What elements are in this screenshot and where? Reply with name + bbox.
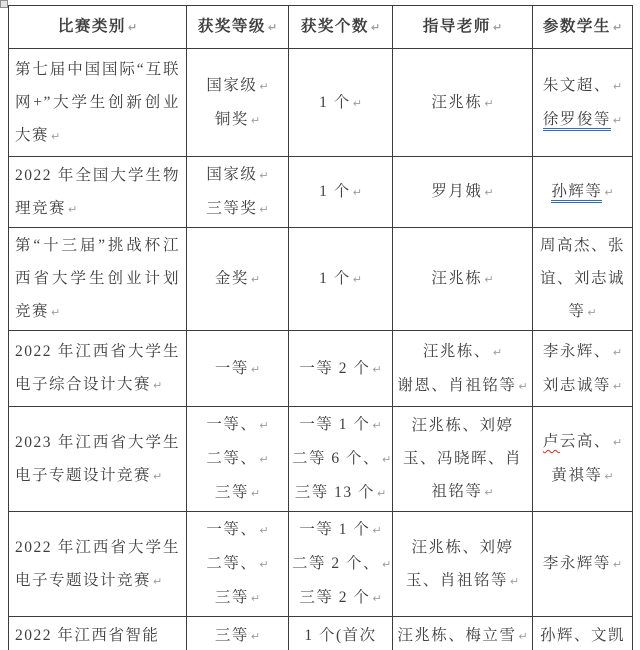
column-header-label: 比赛类别 [58,18,126,35]
cell-category[interactable]: 2023 年江西省大学生电子专题设计竞赛↵ [9,407,187,512]
cell-count[interactable]: 一等 1 个↵二等 2 个、↵三等 2 个↵ [289,512,393,617]
cell-level[interactable]: 金奖↵ [187,228,289,331]
cell-text: 云高、 [560,433,611,450]
paragraph-mark-icon: ↵ [613,80,622,93]
student-name-link[interactable]: 孙辉等 [551,183,602,203]
cell-text: 1 个(首次 [304,627,376,644]
cell-text: 2022 年全国大学生物理竞赛 [15,167,180,217]
cell-text: 国家级 [206,77,257,94]
paragraph-mark-icon: ↵ [259,524,268,537]
paragraph: 三等奖↵ [190,192,285,226]
cell-text: 三等 [215,484,249,501]
cell-text: 三等 2 个 [299,589,370,606]
cell-students[interactable]: 孙辉、文凯 [533,617,633,650]
paragraph: 2022 年江西省智能 [15,619,180,650]
paragraph-mark-icon: ↵ [372,419,381,432]
paragraph: 2022 年江西省大学生电子专题设计竞赛↵ [15,531,180,598]
cell-text: 一等、 [206,521,257,538]
paragraph: 周高杰、张谊、刘志诚等↵ [536,229,629,329]
cell-text: 汪兆栋 [431,270,482,287]
cell-teacher[interactable]: 汪兆栋、刘婷玉、冯晓晖、肖祖铭等↵ [393,407,533,512]
paragraph: 一等 1 个↵ [292,513,389,547]
paragraph-mark-icon: ↵ [153,470,162,483]
paragraph: 一等、↵ [190,513,285,547]
cell-text: 一等 1 个 [299,521,370,538]
cell-text: 二等 6 个、 [292,450,380,467]
cell-text: 孙辉、文凯 [540,627,625,644]
table-row: 2022 年江西省智能三等↵1 个(首次汪兆栋、梅立雪↵孙辉、文凯 [9,617,633,650]
paragraph-mark-icon: ↵ [518,630,527,643]
cell-teacher[interactable]: 汪兆栋、↵谢恩、肖祖铭等↵ [393,331,533,407]
paragraph: 1 个↵ [292,262,389,296]
paragraph-mark-icon: ↵ [51,306,60,319]
paragraph-mark-icon: ↵ [251,363,260,376]
paragraph-mark-icon: ↵ [613,346,622,359]
cell-text: 国家级 [206,166,257,183]
cell-text: 1 个 [319,183,351,200]
paragraph: 三等 2 个↵ [292,581,389,615]
paragraph: 1 个(首次 [292,619,389,650]
paragraph-mark-icon: ↵ [484,186,493,199]
cell-text: 铜奖 [215,111,249,128]
table-row: 2022 年江西省大学生电子专题设计竞赛↵一等、↵二等、↵三等↵一等 1 个↵二… [9,512,633,617]
table-row: 2022 年全国大学生物理竞赛↵国家级↵三等奖↵1 个↵罗月娥↵孙辉等↵ [9,157,633,228]
paragraph-mark-icon: ↵ [259,558,268,571]
paragraph-mark-icon: ↵ [259,80,268,93]
table-row: 2022 年江西省大学生电子综合设计大赛↵一等↵一等 2 个↵汪兆栋、↵谢恩、肖… [9,331,633,407]
paragraph: 金奖↵ [190,262,285,296]
column-header-label: 获奖等级 [198,18,266,35]
cell-text: 朱文超、 [543,77,611,94]
cell-teacher[interactable]: 汪兆栋↵ [393,49,533,157]
paragraph: 铜奖↵ [190,103,285,137]
paragraph: 三等 13 个↵ [292,476,389,510]
cell-text: 汪兆栋 [431,94,482,111]
cell-text: 三等 [215,589,249,606]
table-row: 第“十三届”挑战杯江西省大学生创业计划竞赛↵金奖↵1 个↵汪兆栋↵周高杰、张谊、… [9,228,633,331]
cell-students[interactable]: 周高杰、张谊、刘志诚等↵ [533,228,633,331]
column-header-level[interactable]: 获奖等级↵ [187,6,289,49]
awards-table-body: 第七届中国国际“互联网+”大学生创新创业大赛↵国家级↵铜奖↵1 个↵汪兆栋↵朱文… [9,49,633,650]
paragraph: 罗月娥↵ [396,175,529,209]
paragraph: 三等↵ [190,619,285,650]
column-header-students[interactable]: 参数学生↵ [533,6,633,49]
paragraph: 1 个↵ [292,86,389,120]
table-row: 第七届中国国际“互联网+”大学生创新创业大赛↵国家级↵铜奖↵1 个↵汪兆栋↵朱文… [9,49,633,157]
column-header-label: 参数学生 [543,18,611,35]
column-header-label: 获奖个数 [301,18,369,35]
cell-teacher[interactable]: 汪兆栋↵ [393,228,533,331]
paragraph-mark-icon: ↵ [372,592,381,605]
paragraph: 1 个↵ [292,175,389,209]
paragraph-mark-icon: ↵ [153,575,162,588]
paragraph: 汪兆栋、↵ [396,335,529,369]
cell-level[interactable]: 一等↵ [187,331,289,407]
table-move-handle-icon[interactable] [0,0,8,8]
paragraph: 孙辉等↵ [536,175,629,209]
paragraph-mark-icon: ↵ [251,630,260,643]
paragraph: 二等、↵ [190,547,285,581]
paragraph-mark-icon: ↵ [251,273,260,286]
paragraph-mark-icon: ↵ [353,273,362,286]
paragraph-mark-icon: ↵ [371,21,380,34]
paragraph-mark-icon: ↵ [484,273,493,286]
cell-text: 刘志诚等 [543,377,611,394]
paragraph-mark-icon: ↵ [484,97,493,110]
paragraph-mark-icon: ↵ [604,186,613,199]
paragraph-mark-icon: ↵ [613,21,622,34]
cell-text: 二等、 [206,450,257,467]
cell-text: 汪兆栋、梅立雪 [397,627,516,644]
cell-category[interactable]: 2022 年江西省大学生电子专题设计竞赛↵ [9,512,187,617]
paragraph: 李永辉等↵ [536,547,629,581]
paragraph-mark-icon: ↵ [613,114,622,127]
paragraph-mark-icon: ↵ [51,130,60,143]
paragraph: 2022 年全国大学生物理竞赛↵ [15,159,180,226]
paragraph-mark-icon: ↵ [613,380,622,393]
column-header-count[interactable]: 获奖个数↵ [289,6,393,49]
cell-students[interactable]: 孙辉等↵ [533,157,633,228]
paragraph-mark-icon: ↵ [613,558,622,571]
paragraph-mark-icon: ↵ [68,203,77,216]
paragraph: 孙辉、文凯 [536,619,629,650]
cell-text: 二等、 [206,555,257,572]
paragraph-mark-icon: ↵ [510,575,519,588]
paragraph: 三等↵ [190,581,285,615]
cell-text: 黄祺等 [551,467,602,484]
paragraph: 黄祺等↵ [536,459,629,493]
paragraph: 谢恩、肖祖铭等↵ [396,369,529,403]
paragraph-mark-icon: ↵ [613,436,622,449]
cell-count[interactable]: 一等 2 个↵ [289,331,393,407]
paragraph: 汪兆栋、梅立雪↵ [396,619,529,650]
paragraph-mark-icon: ↵ [251,114,260,127]
cell-level[interactable]: 一等、↵二等、↵三等↵ [187,512,289,617]
paragraph-mark-icon: ↵ [268,21,277,34]
cell-category[interactable]: 第“十三届”挑战杯江西省大学生创业计划竞赛↵ [9,228,187,331]
student-name-link[interactable]: 徐罗俊等 [543,111,611,131]
paragraph: 刘志诚等↵ [536,369,629,403]
paragraph-mark-icon: ↵ [382,453,391,466]
cell-category[interactable]: 2022 年江西省大学生电子综合设计大赛↵ [9,331,187,407]
paragraph-mark-icon: ↵ [153,379,162,392]
cell-text: 汪兆栋、刘婷玉、肖祖铭等 [406,539,514,589]
paragraph: 李永辉、↵ [536,335,629,369]
cell-text: 2022 年江西省智能 [15,627,159,644]
cell-text: 第“十三届”挑战杯江西省大学生创业计划竞赛 [15,237,180,320]
column-header-teacher[interactable]: 指导老师↵ [393,6,533,49]
cell-text: 汪兆栋、 [423,343,491,360]
cell-level[interactable]: 国家级↵三等奖↵ [187,157,289,228]
paragraph-mark-icon: ↵ [372,524,381,537]
cell-text: 周高杰、张谊、刘志诚等 [540,237,625,320]
paragraph-mark-icon: ↵ [604,470,613,483]
paragraph-mark-icon: ↵ [353,186,362,199]
cell-category[interactable]: 第七届中国国际“互联网+”大学生创新创业大赛↵ [9,49,187,157]
cell-text: 一等 1 个 [299,416,370,433]
paragraph: 2022 年江西省大学生电子综合设计大赛↵ [15,335,180,402]
cell-students[interactable]: 李永辉、↵刘志诚等↵ [533,331,633,407]
paragraph-mark-icon: ↵ [259,169,268,182]
paragraph-mark-icon: ↵ [484,486,493,499]
paragraph-mark-icon: ↵ [259,419,268,432]
paragraph-mark-icon: ↵ [377,487,386,500]
paragraph-mark-icon: ↵ [259,203,268,216]
header-row: 比赛类别↵获奖等级↵获奖个数↵指导老师↵参数学生↵ [9,6,633,49]
cell-text: 李永辉、 [543,343,611,360]
paragraph: 二等 6 个、↵ [292,442,389,476]
cell-text: 一等 [215,360,249,377]
paragraph: 国家级↵ [190,158,285,192]
column-header-category[interactable]: 比赛类别↵ [9,6,187,49]
spellcheck-flagged-word: 卢 [543,433,560,450]
cell-text: 一等、 [206,416,257,433]
paragraph-mark-icon: ↵ [372,363,381,376]
awards-table-header: 比赛类别↵获奖等级↵获奖个数↵指导老师↵参数学生↵ [9,6,633,49]
paragraph: 三等↵ [190,476,285,510]
table-row: 2023 年江西省大学生电子专题设计竞赛↵一等、↵二等、↵三等↵一等 1 个↵二… [9,407,633,512]
cell-students[interactable]: 李永辉等↵ [533,512,633,617]
cell-count[interactable]: 1 个↵ [289,228,393,331]
paragraph-mark-icon: ↵ [493,21,502,34]
cell-teacher[interactable]: 罗月娥↵ [393,157,533,228]
paragraph: 汪兆栋、刘婷玉、肖祖铭等↵ [396,531,529,598]
paragraph-mark-icon: ↵ [251,487,260,500]
paragraph-mark-icon: ↵ [493,346,502,359]
paragraph: 卢云高、↵ [536,425,629,459]
cell-text: 1 个 [319,270,351,287]
paragraph-mark-icon: ↵ [518,380,527,393]
paragraph: 徐罗俊等↵ [536,103,629,137]
column-header-label: 指导老师 [423,18,491,35]
paragraph-mark-icon: ↵ [251,592,260,605]
cell-students[interactable]: 朱文超、↵徐罗俊等↵ [533,49,633,157]
paragraph: 第七届中国国际“互联网+”大学生创新创业大赛↵ [15,53,180,153]
cell-text: 三等 13 个 [295,484,375,501]
paragraph: 一等 1 个↵ [292,408,389,442]
paragraph: 朱文超、↵ [536,69,629,103]
paragraph: 一等 2 个↵ [292,352,389,386]
cell-text: 李永辉等 [543,555,611,572]
cell-teacher[interactable]: 汪兆栋、刘婷玉、肖祖铭等↵ [393,512,533,617]
cell-level[interactable]: 三等↵ [187,617,289,650]
paragraph-mark-icon: ↵ [382,558,391,571]
cell-count[interactable]: 1 个↵ [289,49,393,157]
cell-count[interactable]: 一等 1 个↵二等 6 个、↵三等 13 个↵ [289,407,393,512]
paragraph: 国家级↵ [190,69,285,103]
cell-text: 1 个 [319,94,351,111]
paragraph-mark-icon: ↵ [128,21,137,34]
cell-count[interactable]: 1 个↵ [289,157,393,228]
cell-category[interactable]: 2022 年全国大学生物理竞赛↵ [9,157,187,228]
cell-text: 三等 [215,627,249,644]
cell-count[interactable]: 1 个(首次 [289,617,393,650]
paragraph-mark-icon: ↵ [259,453,268,466]
cell-students[interactable]: 卢云高、↵黄祺等↵ [533,407,633,512]
paragraph: 二等 2 个、↵ [292,547,389,581]
cell-level[interactable]: 国家级↵铜奖↵ [187,49,289,157]
paragraph-mark-icon: ↵ [353,97,362,110]
cell-teacher[interactable]: 汪兆栋、梅立雪↵ [393,617,533,650]
paragraph: 汪兆栋、刘婷玉、冯晓晖、肖祖铭等↵ [396,409,529,509]
cell-text: 谢恩、肖祖铭等 [397,377,516,394]
paragraph: 二等、↵ [190,442,285,476]
cell-text: 三等奖 [206,200,257,217]
cell-text: 二等 2 个、 [292,555,380,572]
cell-text: 汪兆栋、刘婷玉、冯晓晖、肖祖铭等 [403,417,522,500]
cell-text: 金奖 [215,270,249,287]
paragraph: 汪兆栋↵ [396,262,529,296]
paragraph: 一等、↵ [190,408,285,442]
cell-text: 一等 2 个 [299,360,370,377]
awards-table: 比赛类别↵获奖等级↵获奖个数↵指导老师↵参数学生↵ 第七届中国国际“互联网+”大… [8,5,633,650]
paragraph: 汪兆栋↵ [396,86,529,120]
cell-category[interactable]: 2022 年江西省智能 [9,617,187,650]
paragraph-mark-icon: ↵ [587,306,596,319]
cell-level[interactable]: 一等、↵二等、↵三等↵ [187,407,289,512]
cell-text: 第七届中国国际“互联网+”大学生创新创业大赛 [15,61,180,144]
paragraph: 一等↵ [190,352,285,386]
cell-text: 罗月娥 [431,183,482,200]
paragraph: 2023 年江西省大学生电子专题设计竞赛↵ [15,426,180,493]
paragraph: 第“十三届”挑战杯江西省大学生创业计划竞赛↵ [15,229,180,329]
